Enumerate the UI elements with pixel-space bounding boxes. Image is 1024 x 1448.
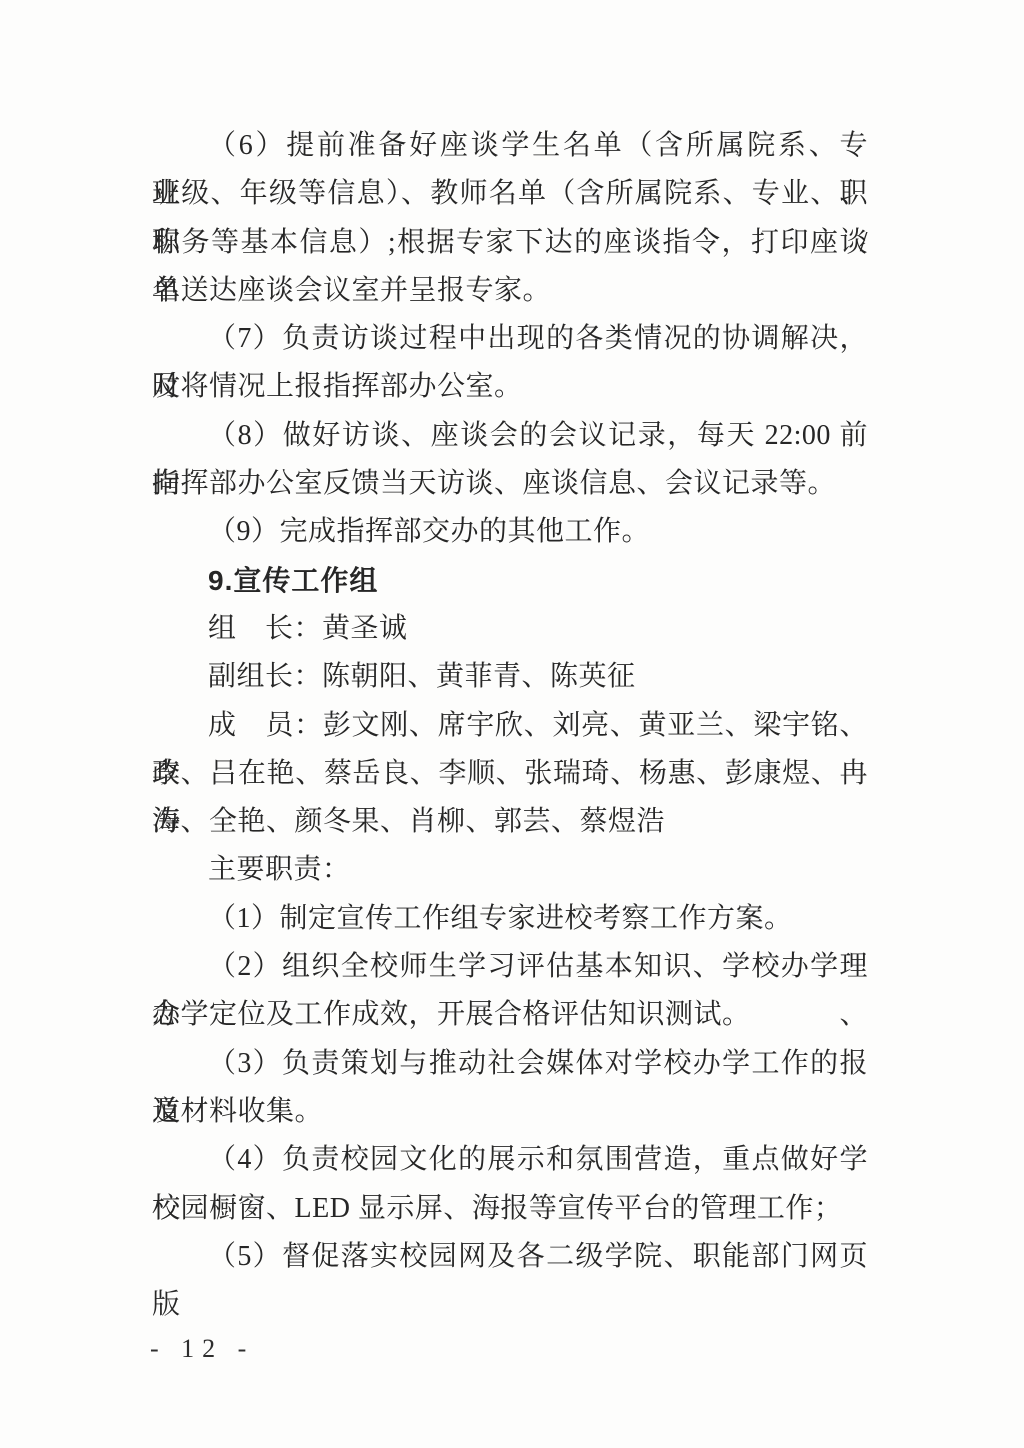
duty-4-line-1: （4）负责校园文化的展示和氛围营造，重点做好学校: [152, 1136, 868, 1184]
paragraph-item-7-line-2: 时将情况上报指挥部办公室。: [152, 363, 868, 411]
duty-3-line-1: （3）负责策划与推动社会媒体对学校办学工作的报道: [152, 1040, 868, 1088]
paragraph-item-6-line-3: 职务等基本信息）;根据专家下达的座谈指令，打印座谈名: [152, 219, 868, 267]
duty-4-line-2: 校园橱窗、LED 显示屏、海报等宣传平台的管理工作；: [152, 1185, 868, 1233]
paragraph-item-9: （9）完成指挥部交办的其他工作。: [152, 508, 868, 556]
document-page: （6）提前准备好座谈学生名单（含所属院系、专业、 班级、年级等信息）、教师名单（…: [0, 0, 1024, 1448]
document-body: （6）提前准备好座谈学生名单（含所属院系、专业、 班级、年级等信息）、教师名单（…: [152, 122, 868, 1281]
paragraph-item-8-line-2: 指挥部办公室反馈当天访谈、座谈信息、会议记录等。: [152, 460, 868, 508]
group-leader-line: 组 长：黄圣诚: [152, 605, 868, 653]
duty-2-line-1: （2）组织全校师生学习评估基本知识、学校办学理念、: [152, 943, 868, 991]
paragraph-item-6-line-1: （6）提前准备好座谈学生名单（含所属院系、专业、: [152, 122, 868, 170]
duty-1: （1）制定宣传工作组专家进校考察工作方案。: [152, 895, 868, 943]
section-heading-9: 9.宣传工作组: [152, 557, 868, 605]
duty-5-line-1: （5）督促落实校园网及各二级学院、职能部门网页版: [152, 1233, 868, 1281]
paragraph-item-8-line-1: （8）做好访谈、座谈会的会议记录，每天 22:00 前向: [152, 412, 868, 460]
paragraph-item-6-line-2: 班级、年级等信息）、教师名单（含所属院系、专业、职称/: [152, 170, 868, 218]
duties-heading: 主要职责：: [152, 846, 868, 894]
members-line-2: 政、吕在艳、蔡岳良、李顺、张瑞琦、杨惠、彭康煜、冉海: [152, 750, 868, 798]
duty-3-line-2: 及材料收集。: [152, 1088, 868, 1136]
paragraph-item-6-line-4: 单送达座谈会议室并呈报专家。: [152, 267, 868, 315]
page-number: - 12 -: [150, 1334, 254, 1364]
members-line-3: 涛、全艳、颜冬果、肖柳、郭芸、蔡煜浩: [152, 798, 868, 846]
paragraph-item-7-line-1: （7）负责访谈过程中出现的各类情况的协调解决，及: [152, 315, 868, 363]
deputy-leader-line: 副组长：陈朝阳、黄菲青、陈英征: [152, 653, 868, 701]
members-line-1: 成 员：彭文刚、席宇欣、刘亮、黄亚兰、梁宇铭、李: [152, 702, 868, 750]
